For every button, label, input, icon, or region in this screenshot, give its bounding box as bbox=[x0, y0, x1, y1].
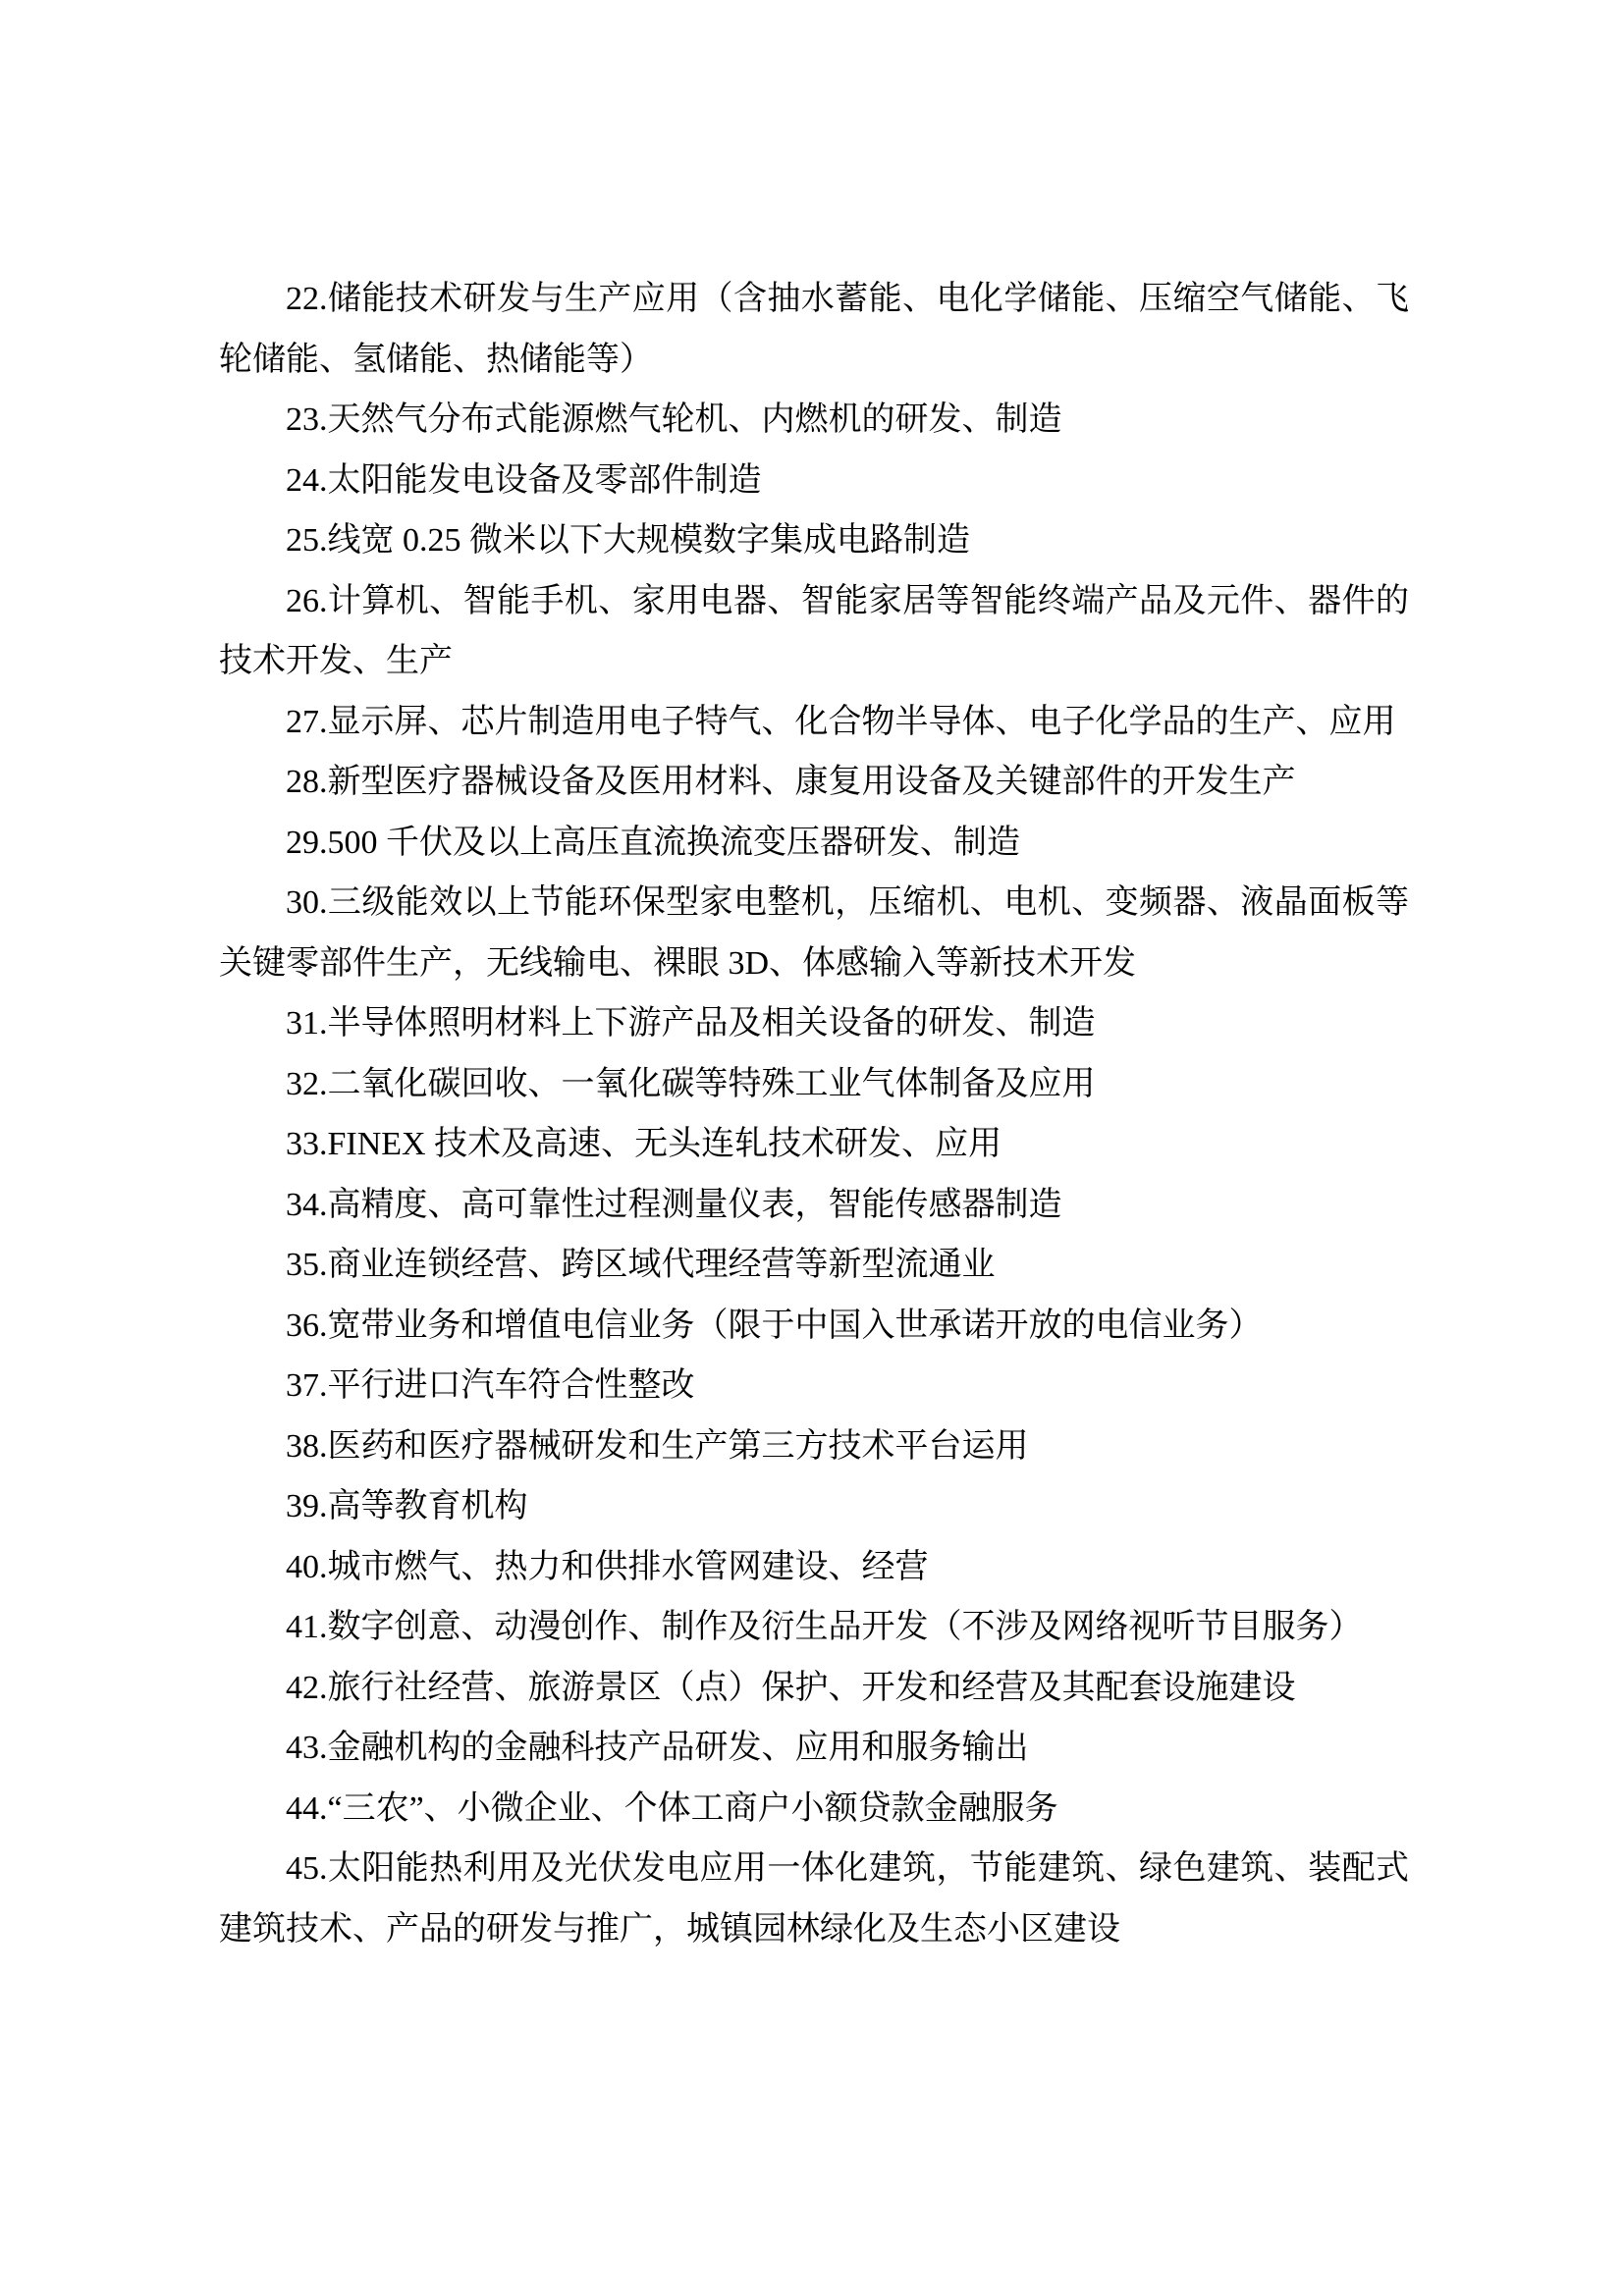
list-item: 28.新型医疗器械设备及医用材料、康复用设备及关键部件的开发生产 bbox=[219, 752, 1409, 813]
list-item: 38.医药和医疗器械研发和生产第三方技术平台运用 bbox=[219, 1416, 1409, 1477]
list-item: 36.宽带业务和增值电信业务（限于中国入世承诺开放的电信业务） bbox=[219, 1296, 1409, 1357]
list-item: 22.储能技术研发与生产应用（含抽水蓄能、电化学储能、压缩空气储能、飞轮储能、氢… bbox=[219, 269, 1409, 390]
list-item: 39.高等教育机构 bbox=[219, 1476, 1409, 1537]
list-item: 44.“三农”、小微企业、个体工商户小额贷款金融服务 bbox=[219, 1779, 1409, 1840]
list-item: 41.数字创意、动漫创作、制作及衍生品开发（不涉及网络视听节目服务） bbox=[219, 1597, 1409, 1658]
list-item: 23.天然气分布式能源燃气轮机、内燃机的研发、制造 bbox=[219, 390, 1409, 451]
list-item: 33.FINEX 技术及高速、无头连轧技术研发、应用 bbox=[219, 1114, 1409, 1175]
numbered-list: 22.储能技术研发与生产应用（含抽水蓄能、电化学储能、压缩空气储能、飞轮储能、氢… bbox=[219, 269, 1409, 1959]
list-item: 27.显示屏、芯片制造用电子特气、化合物半导体、电子化学品的生产、应用 bbox=[219, 692, 1409, 753]
list-item: 40.城市燃气、热力和供排水管网建设、经营 bbox=[219, 1537, 1409, 1598]
list-item: 37.平行进口汽车符合性整改 bbox=[219, 1356, 1409, 1416]
list-item: 24.太阳能发电设备及零部件制造 bbox=[219, 451, 1409, 511]
list-item: 43.金融机构的金融科技产品研发、应用和服务输出 bbox=[219, 1718, 1409, 1779]
list-item: 25.线宽 0.25 微米以下大规模数字集成电路制造 bbox=[219, 510, 1409, 571]
list-item: 32.二氧化碳回收、一氧化碳等特殊工业气体制备及应用 bbox=[219, 1054, 1409, 1115]
document-page: 22.储能技术研发与生产应用（含抽水蓄能、电化学储能、压缩空气储能、飞轮储能、氢… bbox=[0, 0, 1624, 2296]
list-item: 45.太阳能热利用及光伏发电应用一体化建筑，节能建筑、绿色建筑、装配式建筑技术、… bbox=[219, 1839, 1409, 1959]
list-item: 34.高精度、高可靠性过程测量仪表，智能传感器制造 bbox=[219, 1175, 1409, 1236]
list-item: 26.计算机、智能手机、家用电器、智能家居等智能终端产品及元件、器件的技术开发、… bbox=[219, 571, 1409, 692]
list-item: 30.三级能效以上节能环保型家电整机，压缩机、电机、变频器、液晶面板等关键零部件… bbox=[219, 873, 1409, 993]
list-item: 42.旅行社经营、旅游景区（点）保护、开发和经营及其配套设施建设 bbox=[219, 1658, 1409, 1719]
list-item: 35.商业连锁经营、跨区域代理经营等新型流通业 bbox=[219, 1235, 1409, 1296]
list-item: 29.500 千伏及以上高压直流换流变压器研发、制造 bbox=[219, 813, 1409, 874]
list-item: 31.半导体照明材料上下游产品及相关设备的研发、制造 bbox=[219, 993, 1409, 1054]
